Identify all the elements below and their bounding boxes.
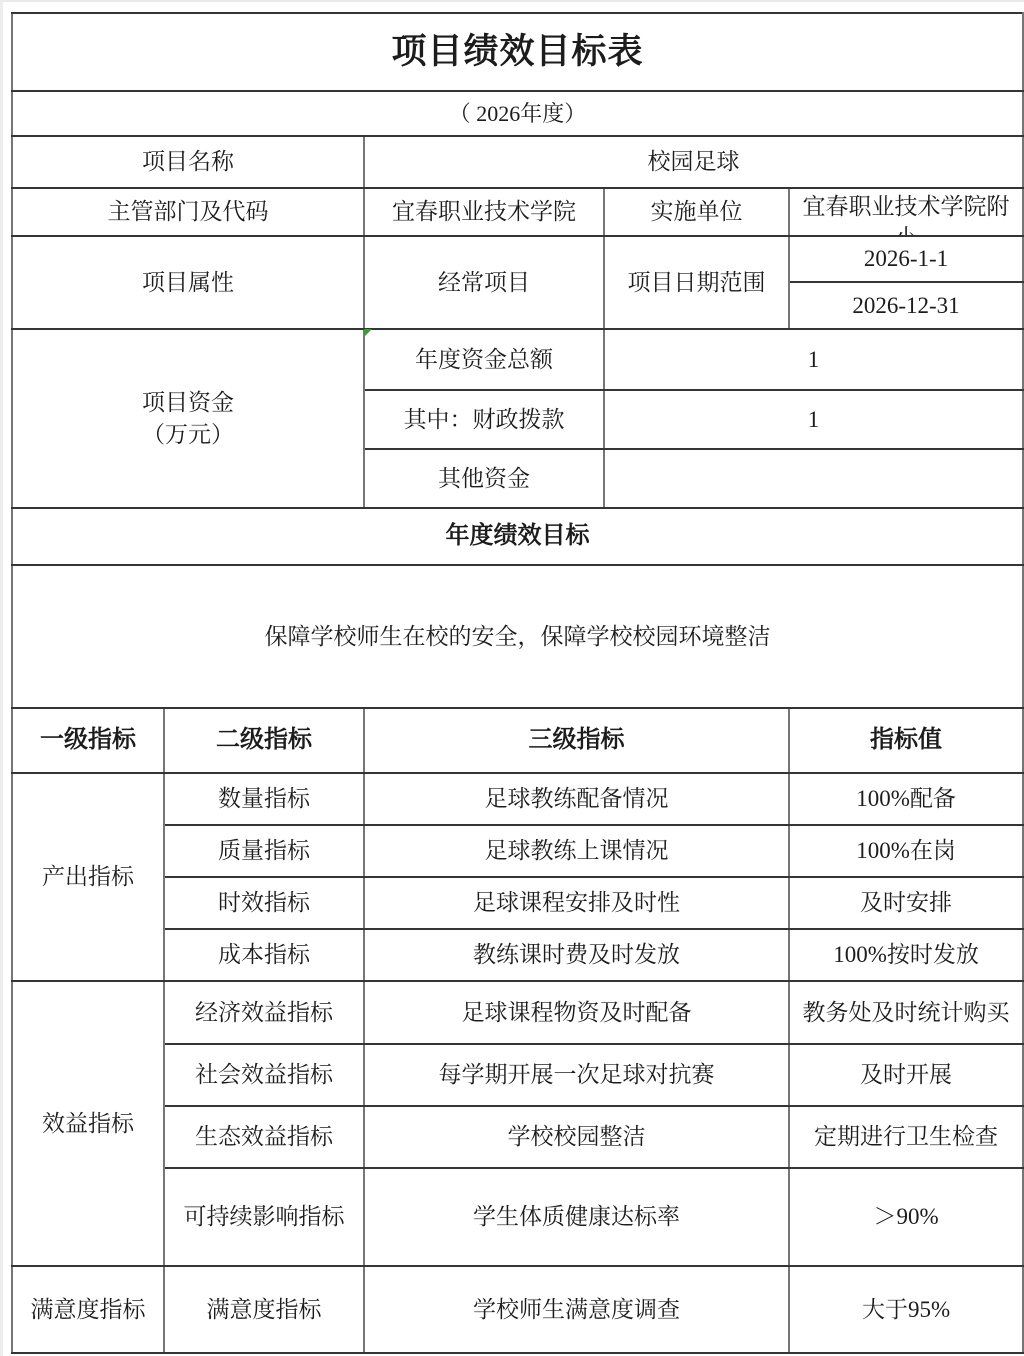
page-title: 项目绩效目标表 <box>12 13 1023 91</box>
header-level1: 一级指标 <box>12 708 164 773</box>
level2-cell: 社会效益指标 <box>164 1044 364 1106</box>
header-value: 指标值 <box>789 708 1023 773</box>
level2-cell: 生态效益指标 <box>164 1106 364 1168</box>
level3-cell: 足球教练上课情况 <box>364 825 789 877</box>
level3-cell: 教练课时费及时发放 <box>364 929 789 981</box>
level3-cell: 学校师生满意度调查 <box>364 1266 789 1353</box>
value-cell: 及时安排 <box>789 877 1023 929</box>
performance-target-table: 项目绩效目标表 （ 2026年度） 项目名称 校园足球 主管部门及代码 宜春职业… <box>11 12 1024 1354</box>
level2-cell: 满意度指标 <box>164 1266 364 1353</box>
level3-cell: 足球教练配备情况 <box>364 773 789 825</box>
impl-unit-value-text: 宜春职业技术学院附小 <box>799 189 1013 235</box>
value-cell: 大于95% <box>789 1266 1023 1353</box>
level3-cell: 每学期开展一次足球对抗赛 <box>364 1044 789 1106</box>
value-cell: 定期进行卫生检查 <box>789 1106 1023 1168</box>
level3-cell: 学校校园整洁 <box>364 1106 789 1168</box>
dept-value: 宜春职业技术学院 <box>364 188 604 236</box>
value-cell: 100%在岗 <box>789 825 1023 877</box>
impl-unit-label: 实施单位 <box>604 188 789 236</box>
impl-unit-value: 宜春职业技术学院附小 <box>789 188 1023 236</box>
project-name-value: 校园足球 <box>364 136 1023 188</box>
indicator-row: 生态效益指标 学校校园整洁 定期进行卫生检查 <box>12 1106 1023 1168</box>
annual-goal-text: 保障学校师生在校的安全，保障学校校园环境整洁 <box>12 565 1023 708</box>
indicator-row: 满意度指标 满意度指标 学校师生满意度调查 大于95% <box>12 1266 1023 1353</box>
value-cell: 100%按时发放 <box>789 929 1023 981</box>
date-end-value: 2026-12-31 <box>789 282 1023 329</box>
value-cell: 100%配备 <box>789 773 1023 825</box>
department-row: 主管部门及代码 宜春职业技术学院 实施单位 宜春职业技术学院附小 <box>12 188 1023 236</box>
attribute-label: 项目属性 <box>12 236 364 329</box>
value-cell: ＞90% <box>789 1168 1023 1266</box>
indicator-row: 效益指标 经济效益指标 足球课程物资及时配备 教务处及时统计购买 <box>12 981 1023 1044</box>
funding-fiscal-value: 1 <box>604 390 1023 449</box>
project-name-label: 项目名称 <box>12 136 364 188</box>
funding-row-total: 项目资金 （万元） 年度资金总额 1 <box>12 329 1023 390</box>
funding-label: 项目资金 （万元） <box>12 329 364 508</box>
level2-cell: 成本指标 <box>164 929 364 981</box>
level2-cell: 可持续影响指标 <box>164 1168 364 1266</box>
header-level2: 二级指标 <box>164 708 364 773</box>
project-name-row: 项目名称 校园足球 <box>12 136 1023 188</box>
indicator-row: 产出指标 数量指标 足球教练配备情况 100%配备 <box>12 773 1023 825</box>
group-satisfaction-label: 满意度指标 <box>12 1266 164 1353</box>
level2-cell: 时效指标 <box>164 877 364 929</box>
cell-flag-marker <box>364 329 372 337</box>
funding-other-value <box>604 449 1023 508</box>
indicator-row: 时效指标 足球课程安排及时性 及时安排 <box>12 877 1023 929</box>
performance-target-sheet: 项目绩效目标表 （ 2026年度） 项目名称 校园足球 主管部门及代码 宜春职业… <box>0 0 1024 1356</box>
date-range-label: 项目日期范围 <box>604 236 789 329</box>
group-benefit-label: 效益指标 <box>12 981 164 1266</box>
dept-label: 主管部门及代码 <box>12 188 364 236</box>
funding-total-value: 1 <box>604 329 1023 390</box>
indicator-row: 成本指标 教练课时费及时发放 100%按时发放 <box>12 929 1023 981</box>
indicator-row: 可持续影响指标 学生体质健康达标率 ＞90% <box>12 1168 1023 1266</box>
date-start-value: 2026-1-1 <box>789 236 1023 282</box>
attribute-value: 经常项目 <box>364 236 604 329</box>
subtitle-row: （ 2026年度） <box>12 91 1023 136</box>
level2-cell: 经济效益指标 <box>164 981 364 1044</box>
indicator-row: 质量指标 足球教练上课情况 100%在岗 <box>12 825 1023 877</box>
group-output-label: 产出指标 <box>12 773 164 981</box>
indicator-row: 社会效益指标 每学期开展一次足球对抗赛 及时开展 <box>12 1044 1023 1106</box>
annual-goal-text-row: 保障学校师生在校的安全，保障学校校园环境整洁 <box>12 565 1023 708</box>
funding-total-label: 年度资金总额 <box>364 329 604 390</box>
level2-cell: 数量指标 <box>164 773 364 825</box>
indicator-header-row: 一级指标 二级指标 三级指标 指标值 <box>12 708 1023 773</box>
annual-goal-header-row: 年度绩效目标 <box>12 508 1023 565</box>
level2-cell: 质量指标 <box>164 825 364 877</box>
funding-fiscal-label: 其中：财政拨款 <box>364 390 604 449</box>
value-cell: 及时开展 <box>789 1044 1023 1106</box>
page-subtitle: （ 2026年度） <box>12 91 1023 136</box>
level3-cell: 学生体质健康达标率 <box>364 1168 789 1266</box>
funding-other-label: 其他资金 <box>364 449 604 508</box>
value-cell: 教务处及时统计购买 <box>789 981 1023 1044</box>
title-row: 项目绩效目标表 <box>12 13 1023 91</box>
level3-cell: 足球课程物资及时配备 <box>364 981 789 1044</box>
level3-cell: 足球课程安排及时性 <box>364 877 789 929</box>
annual-goal-header: 年度绩效目标 <box>12 508 1023 565</box>
header-level3: 三级指标 <box>364 708 789 773</box>
attribute-row: 项目属性 经常项目 项目日期范围 2026-1-1 <box>12 236 1023 282</box>
